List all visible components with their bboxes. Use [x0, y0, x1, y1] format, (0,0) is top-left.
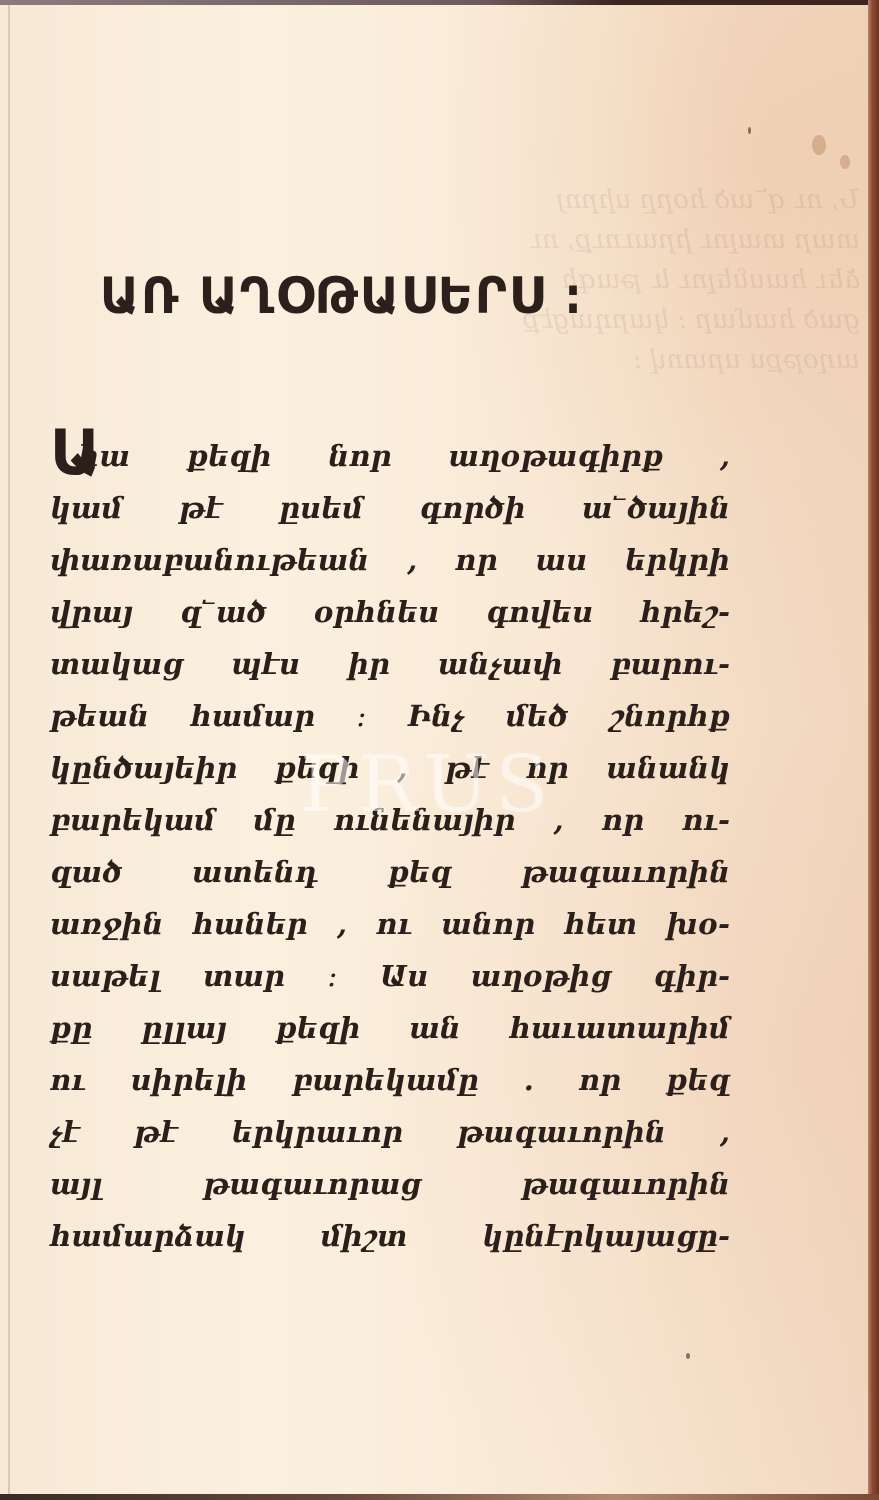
- book-right-edge: [868, 0, 879, 1500]
- book-page: Ն, ու զ՟ած հօրը սիրոյ տար տալու իրաւուք,…: [0, 5, 869, 1494]
- text-line: այլ թագաւորաց թագաւորին: [50, 1158, 730, 1210]
- drop-cap-initial: Ա: [50, 418, 100, 488]
- text-line: բարեկամ մը ունենայիր , որ ու-: [50, 794, 730, 846]
- speck: [748, 127, 751, 134]
- foxing-spot: [812, 135, 826, 155]
- text-line: քը ըլլայ քեզի ան հաւատարիմ: [50, 1002, 730, 1054]
- text-line: թեան համար ։ Ինչ մեծ շնորհք: [50, 690, 730, 742]
- text-line: ու սիրելի բարեկամը . որ քեզ: [50, 1054, 730, 1106]
- speck: [686, 1353, 690, 1359]
- text-line: տակաց պէս իր անչափ բարու-: [50, 638, 730, 690]
- text-line: առջին հաներ , ու անոր հետ խօ-: [50, 898, 730, 950]
- page-title: ԱՌ ԱՂՕԹԱՍԵՐՍ ։: [100, 267, 638, 325]
- text-line: Ա հա քեզի նոր աղօթագիրք ,: [50, 430, 730, 482]
- text-line: փառաբանութեան , որ աս երկրի: [50, 534, 730, 586]
- text-line: կընծայեիր քեզի , թէ որ անանկ: [50, 742, 730, 794]
- foxing-spot: [840, 155, 850, 169]
- text-line: վրայ զ՟ած օրհնես գովես հրեշ-: [50, 586, 730, 638]
- text-line: համարձակ միշտ կընէրկայացը-: [50, 1210, 730, 1262]
- text-line: սաթել տար ։ Աս աղօթից գիր-: [50, 950, 730, 1002]
- text-line: չէ թէ երկրաւոր թագաւորին ,: [50, 1106, 730, 1158]
- gutter-line: [8, 5, 10, 1494]
- text-line: կամ թէ ըսեմ գործի ա՟ծային: [50, 482, 730, 534]
- text-line: զած ատենդ քեզ թագաւորին: [50, 846, 730, 898]
- body-text: Ա հա քեզի նոր աղօթագիրք , կամ թէ ըսեմ գո…: [50, 430, 730, 1262]
- book-bottom-edge: [0, 1494, 879, 1500]
